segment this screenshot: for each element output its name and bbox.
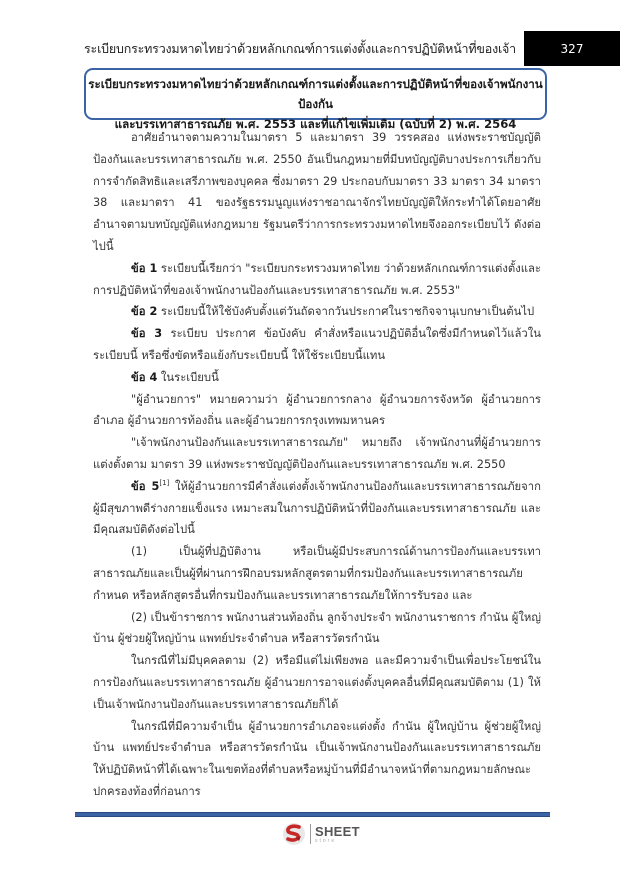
- running-header: ระเบียบกระทรวงมหาดไทยว่าด้วยหลักเกณฑ์การ…: [0, 31, 620, 66]
- document-body: อาศัยอำนาจตามความในมาตรา 5 และมาตรา 39 ว…: [93, 127, 541, 803]
- qualification-item-1: (1) เป็นผู้ที่ปฏิบัติงาน หรือเป็นผู้มีปร…: [93, 541, 541, 606]
- running-header-title: ระเบียบกระทรวงมหาดไทยว่าด้วยหลักเกณฑ์การ…: [84, 39, 516, 59]
- footnote-ref[interactable]: [1]: [159, 479, 169, 487]
- definition-director: "ผู้อำนวยการ" หมายความว่า ผู้อำนวยการกลา…: [93, 389, 541, 433]
- definition-officer: "เจ้าพนักงานป้องกันและบรรเทาสาธารณภัย" ห…: [93, 432, 541, 476]
- clause-2: ข้อ 2 ระเบียบนี้ให้ใช้บังคับตั้งแต่วันถั…: [93, 301, 541, 323]
- clause-4-text: ในระเบียบนี้: [157, 371, 219, 384]
- clause-1-label: ข้อ 1: [131, 262, 157, 275]
- clause-4: ข้อ 4 ในระเบียบนี้: [93, 367, 541, 389]
- clause-1: ข้อ 1 ระเบียบนี้เรียกว่า "ระเบียบกระทรวง…: [93, 258, 541, 302]
- sheet-store-s-icon: [282, 822, 306, 846]
- clause-1-text: ระเบียบนี้เรียกว่า "ระเบียบกระทรวงมหาดไท…: [93, 262, 541, 297]
- preamble-paragraph: อาศัยอำนาจตามความในมาตรา 5 และมาตรา 39 ว…: [93, 127, 541, 258]
- clause-5: ข้อ 5[1] ให้ผู้อำนวยการมีคำสั่งแต่งตั้งเ…: [93, 476, 541, 541]
- paragraph-necessity: ในกรณีที่มีความจำเป็น ผู้อำนวยการอำเภอจะ…: [93, 716, 541, 803]
- document-title-line-1: ระเบียบกระทรวงมหาดไทยว่าด้วยหลักเกณฑ์การ…: [86, 74, 545, 114]
- footer-divider: [75, 812, 550, 817]
- clause-4-label: ข้อ 4: [131, 371, 157, 384]
- clause-2-text: ระเบียบนี้ให้ใช้บังคับตั้งแต่วันถัดจากวั…: [157, 305, 534, 318]
- sheet-store-logo: SHEET store: [282, 820, 360, 848]
- clause-3: ข้อ 3 ระเบียบ ประกาศ ข้อบังคับ คำสั่งหรื…: [93, 323, 541, 367]
- page-number: 327: [561, 42, 584, 56]
- qualification-item-2: (2) เป็นข้าราชการ พนักงานส่วนท้องถิ่น ลู…: [93, 607, 541, 651]
- logo-text: SHEET store: [315, 825, 360, 844]
- clause-2-label: ข้อ 2: [131, 305, 157, 318]
- clause-3-label: ข้อ 3: [131, 327, 162, 340]
- logo-sub: store: [315, 839, 360, 844]
- logo-separator: [310, 824, 311, 844]
- logo-brand: SHEET: [315, 825, 360, 838]
- page-number-box: 327: [524, 31, 620, 66]
- clause-5-text: ให้ผู้อำนวยการมีคำสั่งแต่งตั้งเจ้าพนักงา…: [93, 480, 541, 537]
- document-title-box: ระเบียบกระทรวงมหาดไทยว่าด้วยหลักเกณฑ์การ…: [84, 68, 547, 120]
- paragraph-no-person: ในกรณีที่ไม่มีบุคคลตาม (2) หรือมีแต่ไม่เ…: [93, 650, 541, 715]
- clause-5-label: ข้อ 5: [131, 480, 159, 493]
